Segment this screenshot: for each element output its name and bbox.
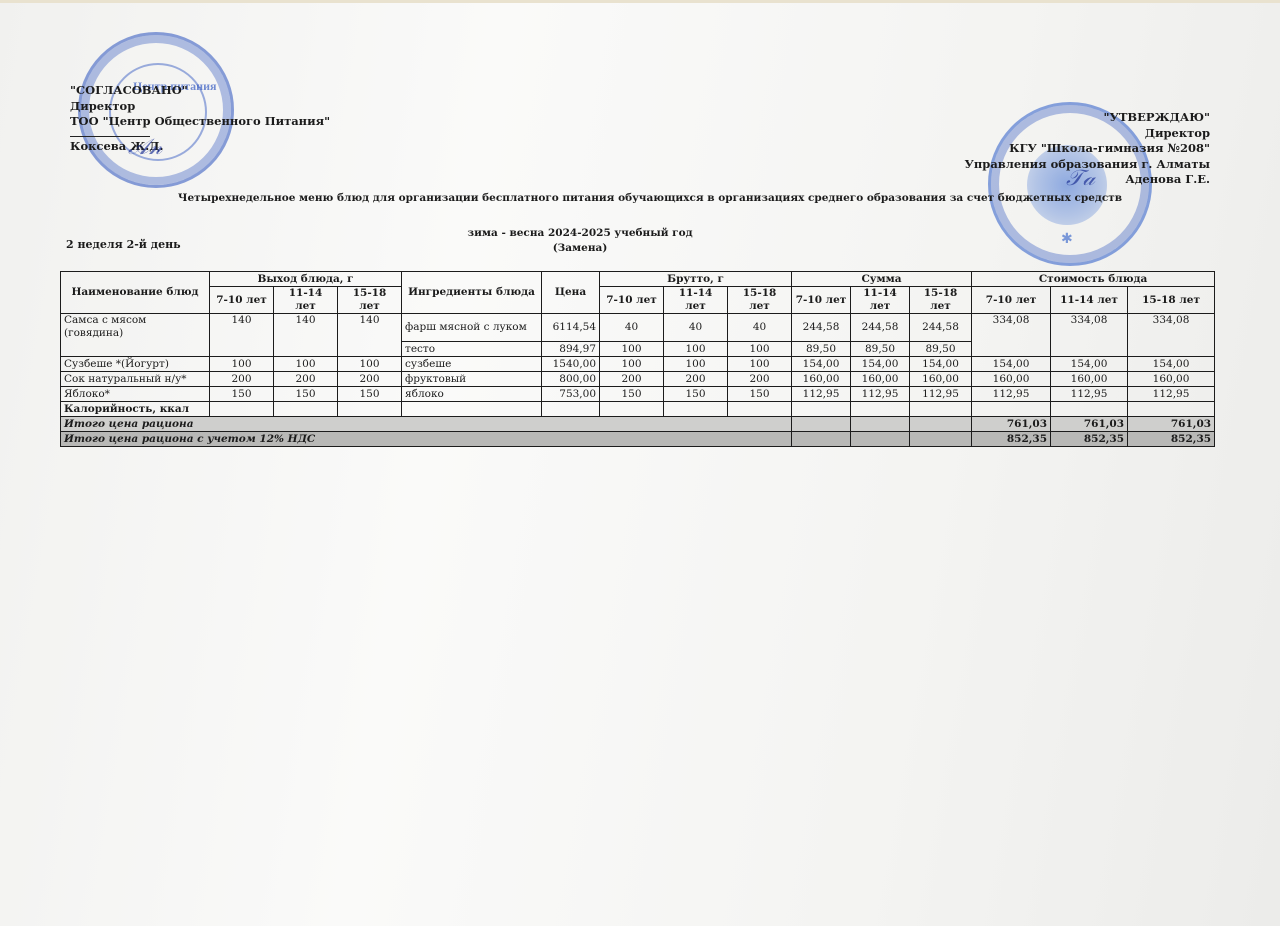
empty-cell <box>851 432 910 447</box>
output-value: 200 <box>338 372 402 387</box>
output-value: 100 <box>210 357 274 372</box>
brutto-value: 150 <box>664 387 728 402</box>
output-value: 150 <box>338 387 402 402</box>
output-value: 140 <box>210 314 274 357</box>
sum-value: 160,00 <box>910 372 972 387</box>
brutto-value: 100 <box>600 357 664 372</box>
calories-row: Калорийность, ккал <box>61 402 1215 417</box>
empty-cell <box>910 402 972 417</box>
empty-cell <box>1051 402 1128 417</box>
cost-value: 112,95 <box>972 387 1051 402</box>
approval-name: Коксева Ж.Д. <box>70 139 330 155</box>
dish-name: Самса с мясом (говядина) <box>61 314 210 357</box>
ingredient-price: 6114,54 <box>542 314 600 342</box>
ingredient-name: яблоко <box>402 387 542 402</box>
sum-value: 89,50 <box>851 342 910 357</box>
empty-cell <box>542 402 600 417</box>
sum-value: 154,00 <box>910 357 972 372</box>
brutto-value: 40 <box>600 314 664 342</box>
header-age: 15-18 лет <box>728 287 792 314</box>
empty-cell <box>210 402 274 417</box>
cost-value: 154,00 <box>1051 357 1128 372</box>
sum-value: 112,95 <box>851 387 910 402</box>
brutto-value: 200 <box>664 372 728 387</box>
brutto-value: 40 <box>728 314 792 342</box>
total-vat-value: 852,35 <box>972 432 1051 447</box>
ingredient-price: 800,00 <box>542 372 600 387</box>
sum-value: 160,00 <box>851 372 910 387</box>
table-row: Яблоко* 150 150 150 яблоко 753,00 150 15… <box>61 387 1215 402</box>
approval-block-left: "СОГЛАСОВАНО" Директор ТОО "Центр Общест… <box>70 83 330 154</box>
output-value: 150 <box>274 387 338 402</box>
header-dish-name: Наименование блюд <box>61 272 210 314</box>
ingredient-name: сузбеше <box>402 357 542 372</box>
approval-position: Директор <box>70 99 330 115</box>
paper-edge <box>0 0 1280 3</box>
header-price: Цена <box>542 272 600 314</box>
document-subtitle-period: зима - весна 2024-2025 учебный год <box>0 227 1230 239</box>
header-age: 11-14 лет <box>274 287 338 314</box>
empty-cell <box>664 402 728 417</box>
header-sum: Сумма <box>792 272 972 287</box>
table-row: Сузбеше *(Йогурт) 100 100 100 сузбеше 15… <box>61 357 1215 372</box>
brutto-value: 100 <box>664 342 728 357</box>
calories-label: Калорийность, ккал <box>61 402 210 417</box>
output-value: 100 <box>274 357 338 372</box>
empty-cell <box>274 402 338 417</box>
output-value: 140 <box>274 314 338 357</box>
total-vat-row: Итого цена рациона с учетом 12% НДС 852,… <box>61 432 1215 447</box>
header-age: 11-14 лет <box>1051 287 1128 314</box>
header-cost: Стоимость блюда <box>972 272 1215 287</box>
header-age: 7-10 лет <box>792 287 851 314</box>
header-age: 15-18 лет <box>338 287 402 314</box>
header-age: 11-14 лет <box>664 287 728 314</box>
output-value: 200 <box>210 372 274 387</box>
header-age: 7-10 лет <box>972 287 1051 314</box>
sum-value: 112,95 <box>792 387 851 402</box>
empty-cell <box>851 402 910 417</box>
week-day-label: 2 неделя 2-й день <box>66 238 181 251</box>
approval-position: Директор <box>965 126 1210 142</box>
header-row-2: 7-10 лет 11-14 лет 15-18 лет 7-10 лет 11… <box>61 287 1215 314</box>
ingredient-price: 1540,00 <box>542 357 600 372</box>
empty-cell <box>728 402 792 417</box>
document-subtitle-replacement: (Замена) <box>0 242 1230 254</box>
signature-left-icon: 𝒜𝓃 <box>128 135 162 160</box>
total-vat-value: 852,35 <box>1051 432 1128 447</box>
sum-value: 154,00 <box>851 357 910 372</box>
sum-value: 244,58 <box>910 314 972 342</box>
total-label: Итого цена рациона <box>61 417 792 432</box>
empty-cell <box>1128 402 1215 417</box>
sum-value: 244,58 <box>851 314 910 342</box>
output-value: 200 <box>274 372 338 387</box>
total-row: Итого цена рациона 761,03 761,03 761,03 <box>61 417 1215 432</box>
sum-value: 154,00 <box>792 357 851 372</box>
cost-value: 160,00 <box>972 372 1051 387</box>
brutto-value: 200 <box>600 372 664 387</box>
dish-name: Яблоко* <box>61 387 210 402</box>
empty-cell <box>851 417 910 432</box>
ingredient-price: 894,97 <box>542 342 600 357</box>
brutto-value: 100 <box>664 357 728 372</box>
cost-value: 154,00 <box>1128 357 1215 372</box>
table-row: Сок натуральный н/у* 200 200 200 фруктов… <box>61 372 1215 387</box>
ingredient-name: фарш мясной с луком <box>402 314 542 342</box>
ingredient-name: тесто <box>402 342 542 357</box>
approval-heading: "СОГЛАСОВАНО" <box>70 83 330 99</box>
sum-value: 89,50 <box>792 342 851 357</box>
signature-right-icon: 𝒯𝒶 <box>1066 166 1095 191</box>
brutto-value: 150 <box>600 387 664 402</box>
cost-value: 334,08 <box>1128 314 1215 357</box>
ingredient-price: 753,00 <box>542 387 600 402</box>
cost-value: 334,08 <box>972 314 1051 357</box>
brutto-value: 150 <box>728 387 792 402</box>
brutto-value: 200 <box>728 372 792 387</box>
brutto-value: 100 <box>600 342 664 357</box>
header-age: 11-14 лет <box>851 287 910 314</box>
sum-value: 89,50 <box>910 342 972 357</box>
total-vat-label: Итого цена рациона с учетом 12% НДС <box>61 432 792 447</box>
empty-cell <box>792 402 851 417</box>
approval-organization: ТОО "Центр Общественного Питания" <box>70 114 330 130</box>
header-age: 7-10 лет <box>600 287 664 314</box>
approval-organization: КГУ "Школа-гимназия №208" <box>965 141 1210 157</box>
empty-cell <box>910 432 972 447</box>
header-ingredients: Ингредиенты блюда <box>402 272 542 314</box>
header-age: 15-18 лет <box>1128 287 1215 314</box>
sum-value: 112,95 <box>910 387 972 402</box>
empty-cell <box>402 402 542 417</box>
output-value: 100 <box>338 357 402 372</box>
empty-cell <box>600 402 664 417</box>
cost-value: 154,00 <box>972 357 1051 372</box>
output-value: 140 <box>338 314 402 357</box>
cost-value: 160,00 <box>1051 372 1128 387</box>
header-brutto: Брутто, г <box>600 272 792 287</box>
dish-name: Сузбеше *(Йогурт) <box>61 357 210 372</box>
ingredient-name: фруктовый <box>402 372 542 387</box>
header-age: 15-18 лет <box>910 287 972 314</box>
header-age: 7-10 лет <box>210 287 274 314</box>
document-title: Четырехнедельное меню блюд для организац… <box>0 192 1280 204</box>
approval-heading: "УТВЕРЖДАЮ" <box>965 110 1210 126</box>
cost-value: 334,08 <box>1051 314 1128 357</box>
cost-value: 160,00 <box>1128 372 1215 387</box>
total-vat-value: 852,35 <box>1128 432 1215 447</box>
total-value: 761,03 <box>1051 417 1128 432</box>
total-value: 761,03 <box>1128 417 1215 432</box>
brutto-value: 100 <box>728 342 792 357</box>
menu-table: Наименование блюд Выход блюда, г Ингреди… <box>60 271 1215 447</box>
sum-value: 244,58 <box>792 314 851 342</box>
header-output: Выход блюда, г <box>210 272 402 287</box>
empty-cell <box>972 402 1051 417</box>
total-value: 761,03 <box>972 417 1051 432</box>
empty-cell <box>338 402 402 417</box>
cost-value: 112,95 <box>1128 387 1215 402</box>
empty-cell <box>910 417 972 432</box>
brutto-value: 100 <box>728 357 792 372</box>
output-value: 150 <box>210 387 274 402</box>
table-row: Самса с мясом (говядина) 140 140 140 фар… <box>61 314 1215 342</box>
dish-name: Сок натуральный н/у* <box>61 372 210 387</box>
header-row-1: Наименование блюд Выход блюда, г Ингреди… <box>61 272 1215 287</box>
sum-value: 160,00 <box>792 372 851 387</box>
cost-value: 112,95 <box>1051 387 1128 402</box>
brutto-value: 40 <box>664 314 728 342</box>
empty-cell <box>792 432 851 447</box>
empty-cell <box>792 417 851 432</box>
